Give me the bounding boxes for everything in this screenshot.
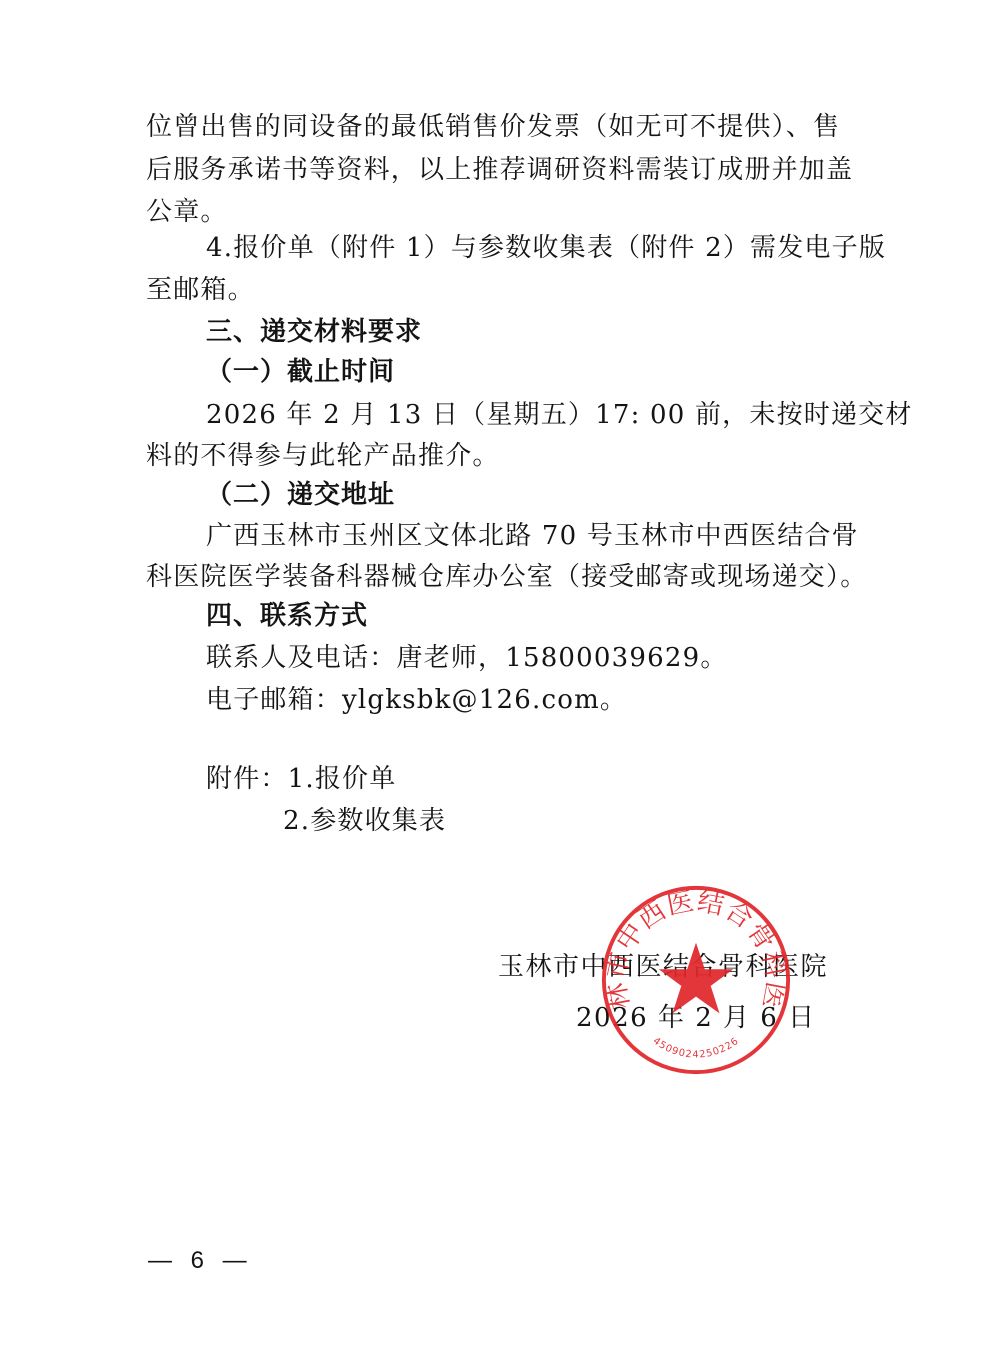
svg-text:4509024250226: 4509024250226: [651, 1036, 742, 1061]
page-number: — 6 —: [148, 1246, 253, 1276]
paragraph-line: 公章。: [146, 196, 846, 228]
attachments-label: 附件：: [206, 764, 288, 794]
paragraph-line: 科医院医学装备科器械仓库办公室（接受邮寄或现场递交）。: [146, 561, 846, 593]
subsection-heading: （二）递交地址: [206, 479, 906, 511]
paragraph-line: 料的不得参与此轮产品推介。: [146, 440, 846, 472]
official-seal-stamp: 玉林市中西医结合骨科医院 4509024250226: [598, 882, 794, 1078]
contact-label: 联系人及电话：: [206, 643, 396, 673]
attachment-item: 1.报价单: [288, 764, 397, 794]
stamp-code: 4509024250226: [651, 1036, 742, 1061]
email-value[interactable]: ylgksbk@126.com。: [342, 685, 627, 715]
contact-value: 唐老师，15800039629。: [396, 643, 727, 673]
attachment-line: 附件：1.报价单: [206, 763, 906, 795]
section-heading: 三、递交材料要求: [206, 316, 906, 348]
paragraph-line: 2026 年 2 月 13 日（星期五）17: 00 前，未按时递交材: [206, 399, 906, 431]
paragraph-line: 至邮箱。: [146, 274, 846, 306]
attachment-item: 2.参数收集表: [283, 805, 983, 837]
email-label: 电子邮箱：: [206, 685, 342, 715]
star-icon: [659, 943, 733, 1014]
contact-line: 联系人及电话：唐老师，15800039629。: [206, 642, 906, 674]
section-heading: 四、联系方式: [206, 600, 906, 632]
paragraph-line: 后服务承诺书等资料，以上推荐调研资料需装订成册并加盖: [146, 154, 846, 186]
subsection-heading: （一）截止时间: [206, 356, 906, 388]
paragraph-line: 位曾出售的同设备的最低销售价发票（如无可不提供）、售: [146, 111, 846, 143]
paragraph-line: 4.报价单（附件 1）与参数收集表（附件 2）需发电子版: [206, 232, 906, 264]
email-line: 电子邮箱：ylgksbk@126.com。: [206, 684, 906, 716]
document-page: 位曾出售的同设备的最低销售价发票（如无可不提供）、售 后服务承诺书等资料，以上推…: [0, 0, 1000, 1363]
paragraph-line: 广西玉林市玉州区文体北路 70 号玉林市中西医结合骨: [206, 520, 906, 552]
